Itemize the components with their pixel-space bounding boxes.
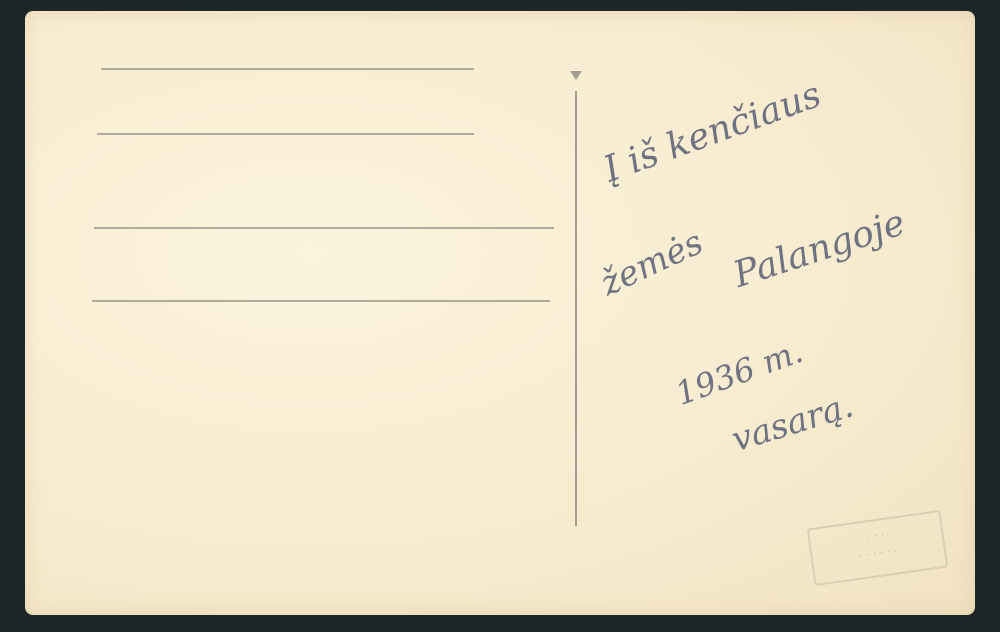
address-line-4: [92, 300, 550, 302]
handwriting-line-4: 1936 m.: [671, 332, 808, 413]
address-line-2: [97, 133, 474, 135]
handwriting-line-5: vasarą.: [727, 385, 858, 460]
faded-stamp: · · · · · · · · ·: [807, 510, 949, 586]
address-line-3: [94, 227, 554, 229]
handwriting-line-3: žemės: [595, 222, 710, 304]
divider-triangle-icon: [570, 71, 582, 80]
postcard-back: Į iš kenčiaus Palangoje žemės 1936 m. va…: [25, 11, 975, 615]
address-line-1: [101, 68, 474, 70]
handwriting-line-2: Palangoje: [729, 202, 910, 296]
handwriting-line-1: Į iš kenčiaus: [598, 74, 826, 191]
center-divider: [575, 91, 577, 526]
